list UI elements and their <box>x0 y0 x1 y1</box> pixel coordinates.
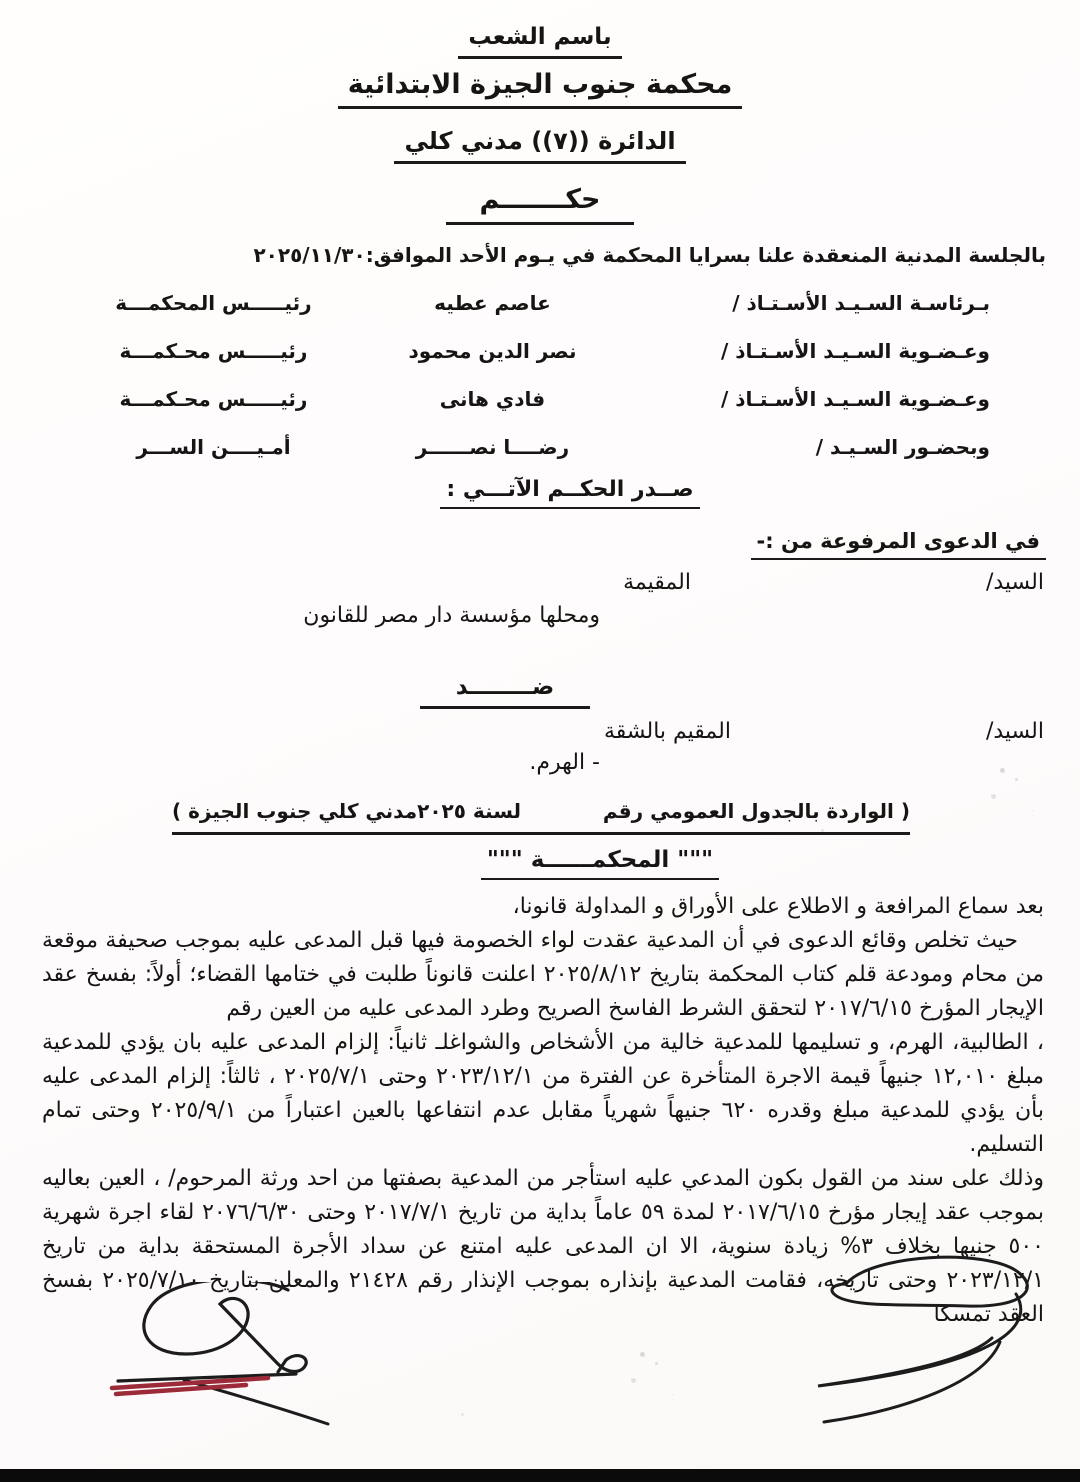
registry-right-part: ( الواردة بالجدول العمومي رقم <box>603 799 910 823</box>
panel-role-label: بـرئاسـة السـيـد الأسـتـاذ / <box>618 291 990 315</box>
header-judgment-word: حكـــــــم <box>0 184 1080 225</box>
judge-title: رئيـــــس محـكمـــة <box>60 387 367 411</box>
plaintiff-prefix: السيد/ <box>986 570 1044 595</box>
ruling-intro: صــدر الحكــم الآتـــي : <box>30 477 1080 509</box>
defendant-desc: المقيم بالشقة <box>604 719 731 744</box>
header-in-the-name-of-the-people: باسم الشعب <box>0 0 1080 59</box>
clerk-title: أمـيــــن الســـر <box>60 435 367 459</box>
versus-divider: ضــــــــد <box>0 674 1045 709</box>
plaintiff-desc: المقيمة <box>623 570 691 595</box>
scan-smudge <box>1000 768 1005 773</box>
session-line: بالجلسة المدنية المنعقدة علنا بسرايا الم… <box>30 243 1046 267</box>
panel-row-clerk: وبحضـور السـيـد / رضــــا نصــــــر أمـي… <box>60 435 990 459</box>
court-section-heading: """ المحكمــــــة """ <box>60 847 1080 880</box>
signature-pen-stroke <box>118 1374 296 1381</box>
plaintiff-line: السيد/ المقيمة <box>36 570 1044 595</box>
panel-row-member-1: وعـضـوية السـيـد الأسـتـاذ / نصر الدين م… <box>60 339 990 363</box>
judge-name: فادي هانى <box>367 387 618 411</box>
header-circuit: الدائرة ((٧)) مدني كلي <box>0 127 1080 164</box>
body-paragraph-1: بعد سماع المرافعة و الاطلاع على الأوراق … <box>42 890 1044 924</box>
plaintiff-address: ومحلها مؤسسة دار مصر للقانون <box>0 603 600 628</box>
red-pen-stroke <box>112 1378 268 1394</box>
defendant-line: السيد/ المقيم بالشقة <box>36 719 1044 744</box>
panel-row-member-2: وعـضـوية السـيـد الأسـتـاذ / فادي هانى ر… <box>60 387 990 411</box>
panel-role-label: وبحضـور السـيـد / <box>618 435 990 459</box>
judge-title: رئيـــــس محـكمـــة <box>60 339 367 363</box>
court-section-heading-text: """ المحكمــــــة """ <box>481 847 719 880</box>
scan-edge-bar <box>0 1469 1080 1482</box>
judgment-body: بعد سماع المرافعة و الاطلاع على الأوراق … <box>42 890 1044 1332</box>
header-line1-text: باسم الشعب <box>458 24 621 59</box>
judge-name: عاصم عطيه <box>367 291 618 315</box>
clerk-name: رضــــا نصــــــر <box>367 435 618 459</box>
body-paragraph-4: وذلك على سند من القول بكون المدعي عليه ا… <box>42 1162 1044 1332</box>
header-line4-text: حكـــــــم <box>446 184 635 225</box>
defendant-address: - الهرم. <box>0 750 600 775</box>
ruling-intro-text: صــدر الحكــم الآتـــي : <box>440 477 699 509</box>
scanned-court-judgment-page: باسم الشعب محكمة جنوب الجيزة الابتدائية … <box>0 0 1080 1482</box>
versus-text: ضــــــــد <box>420 674 590 709</box>
body-paragraph-2: حيث تخلص وقائع الدعوى في أن المدعية عقدت… <box>42 924 1044 1026</box>
header-line3-text: الدائرة ((٧)) مدني كلي <box>394 127 685 164</box>
panel-role-label: وعـضـوية السـيـد الأسـتـاذ / <box>618 339 990 363</box>
signature-pen-stroke <box>184 1380 328 1424</box>
body-paragraph-3: ، الطالبية، الهرم، و تسليمها للمدعية خال… <box>42 1026 1044 1162</box>
judge-title: رئيـــــس المحكمـــة <box>60 291 367 315</box>
scribble-tail <box>824 1342 1000 1422</box>
header-court-name: محكمة جنوب الجيزة الابتدائية <box>0 69 1080 109</box>
defendant-prefix: السيد/ <box>986 719 1044 744</box>
registry-left-part: لسنة ٢٠٢٥مدني كلي جنوب الجيزة ) <box>172 799 521 823</box>
header-line2-text: محكمة جنوب الجيزة الابتدائية <box>338 69 743 109</box>
filed-by-label: في الدعوى المرفوعة من :- <box>0 529 1046 560</box>
filed-by-text: في الدعوى المرفوعة من :- <box>751 529 1046 560</box>
panel-role-label: وعـضـوية السـيـد الأسـتـاذ / <box>618 387 990 411</box>
scan-smudge <box>640 1352 645 1357</box>
registry-line: ( الواردة بالجدول العمومي رقم لسنة ٢٠٢٥م… <box>172 799 910 835</box>
panel-row-president: بـرئاسـة السـيـد الأسـتـاذ / عاصم عطيه ر… <box>60 291 990 315</box>
judge-name: نصر الدين محمود <box>367 339 618 363</box>
